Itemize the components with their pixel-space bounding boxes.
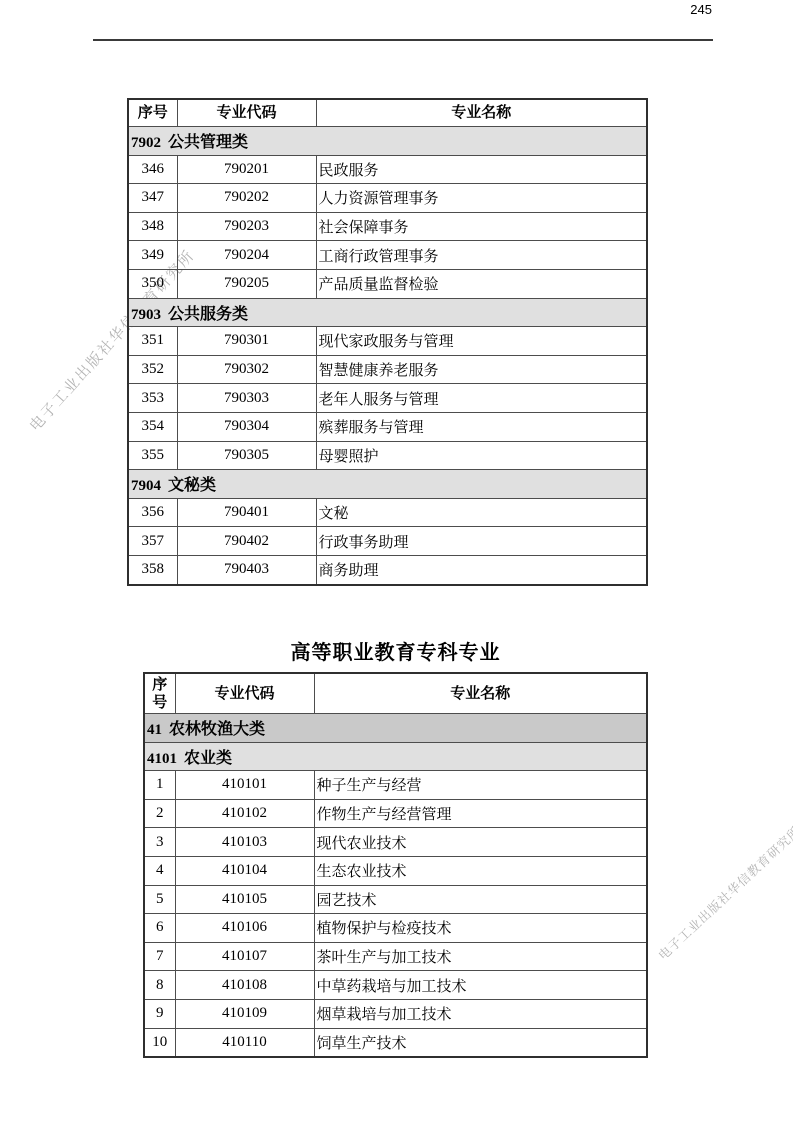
table-row: 351790301现代家政服务与管理	[128, 327, 647, 356]
table-row: 348790203社会保障事务	[128, 212, 647, 241]
seq-cell: 355	[128, 441, 177, 470]
name-cell: 茶叶生产与加工技术	[314, 942, 647, 971]
col-header-code: 专业代码	[175, 673, 314, 714]
table2-title: 高等职业教育专科专业	[143, 636, 648, 665]
name-cell: 烟草栽培与加工技术	[314, 999, 647, 1028]
section-row: 7902公共管理类	[128, 127, 647, 156]
code-cell: 790202	[177, 184, 316, 213]
section-code: 41	[147, 722, 162, 738]
code-cell: 790203	[177, 212, 316, 241]
seq-cell: 356	[128, 498, 177, 527]
table-row: 357790402行政事务助理	[128, 527, 647, 556]
table-row: 352790302智慧健康养老服务	[128, 355, 647, 384]
code-cell: 790302	[177, 355, 316, 384]
code-cell: 790305	[177, 441, 316, 470]
seq-cell: 353	[128, 384, 177, 413]
section-code: 4101	[147, 751, 177, 767]
table-row: 356790401文秘	[128, 498, 647, 527]
name-cell: 产品质量监督检验	[316, 269, 647, 298]
section-code: 7904	[131, 478, 161, 494]
seq-cell: 358	[128, 555, 177, 584]
name-cell: 殡葬服务与管理	[316, 412, 647, 441]
section-code: 7902	[131, 135, 161, 151]
code-cell: 790303	[177, 384, 316, 413]
seq-cell: 2	[144, 799, 175, 828]
table-row: 350790205产品质量监督检验	[128, 269, 647, 298]
seq-cell: 354	[128, 412, 177, 441]
name-cell: 行政事务助理	[316, 527, 647, 556]
table-row: 4410104生态农业技术	[144, 856, 647, 885]
code-cell: 410102	[175, 799, 314, 828]
seq-cell: 1	[144, 771, 175, 800]
name-cell: 作物生产与经营管理	[314, 799, 647, 828]
section-label: 农业类	[184, 750, 232, 767]
seq-cell: 346	[128, 155, 177, 184]
name-cell: 现代农业技术	[314, 828, 647, 857]
section-row: 4101农业类	[144, 742, 647, 771]
seq-cell: 3	[144, 828, 175, 857]
seq-cell: 10	[144, 1028, 175, 1057]
table-row: 349790204工商行政管理事务	[128, 241, 647, 270]
name-cell: 饲草生产技术	[314, 1028, 647, 1057]
table-row: 347790202人力资源管理事务	[128, 184, 647, 213]
section-header-cell: 7902公共管理类	[128, 127, 647, 156]
page-number: 245	[690, 2, 712, 17]
section-header-cell: 41农林牧渔大类	[144, 714, 647, 743]
code-cell: 410110	[175, 1028, 314, 1057]
seq-cell: 349	[128, 241, 177, 270]
code-cell: 790205	[177, 269, 316, 298]
name-cell: 商务助理	[316, 555, 647, 584]
code-cell: 790403	[177, 555, 316, 584]
table-row: 346790201民政服务	[128, 155, 647, 184]
table-row: 6410106植物保护与检疫技术	[144, 914, 647, 943]
table-2: 序号专业代码专业名称 41农林牧渔大类4101农业类1410101种子生产与经营…	[143, 672, 648, 1058]
code-cell: 790301	[177, 327, 316, 356]
table-row: 8410108中草药栽培与加工技术	[144, 971, 647, 1000]
seq-cell: 8	[144, 971, 175, 1000]
seq-cell: 9	[144, 999, 175, 1028]
name-cell: 智慧健康养老服务	[316, 355, 647, 384]
code-cell: 790304	[177, 412, 316, 441]
name-cell: 文秘	[316, 498, 647, 527]
table-row: 2410102作物生产与经营管理	[144, 799, 647, 828]
code-cell: 410109	[175, 999, 314, 1028]
seq-cell: 352	[128, 355, 177, 384]
col-header-name: 专业名称	[316, 99, 647, 127]
section-header-cell: 7904文秘类	[128, 470, 647, 499]
name-cell: 工商行政管理事务	[316, 241, 647, 270]
seq-cell: 7	[144, 942, 175, 971]
code-cell: 410104	[175, 856, 314, 885]
table-row: 353790303老年人服务与管理	[128, 384, 647, 413]
col-header-name: 专业名称	[314, 673, 647, 714]
name-cell: 园艺技术	[314, 885, 647, 914]
table-row: 10410110饲草生产技术	[144, 1028, 647, 1057]
seq-cell: 5	[144, 885, 175, 914]
name-cell: 现代家政服务与管理	[316, 327, 647, 356]
code-cell: 410106	[175, 914, 314, 943]
seq-cell: 348	[128, 212, 177, 241]
seq-cell: 347	[128, 184, 177, 213]
section-label: 农林牧渔大类	[169, 721, 265, 738]
table-row: 355790305母婴照护	[128, 441, 647, 470]
watermark-text-bottom-right: 电子工业出版社华信教育研究所	[654, 822, 793, 964]
table-row: 7410107茶叶生产与加工技术	[144, 942, 647, 971]
code-cell: 790402	[177, 527, 316, 556]
name-cell: 社会保障事务	[316, 212, 647, 241]
major-section-row: 41农林牧渔大类	[144, 714, 647, 743]
code-cell: 410108	[175, 971, 314, 1000]
code-cell: 790204	[177, 241, 316, 270]
name-cell: 生态农业技术	[314, 856, 647, 885]
name-cell: 种子生产与经营	[314, 771, 647, 800]
table-row: 354790304殡葬服务与管理	[128, 412, 647, 441]
code-cell: 410101	[175, 771, 314, 800]
section-header-cell: 4101农业类	[144, 742, 647, 771]
header-rule	[93, 39, 713, 41]
name-cell: 民政服务	[316, 155, 647, 184]
seq-cell: 357	[128, 527, 177, 556]
col-header-seq: 序号	[144, 673, 175, 714]
table-row: 5410105园艺技术	[144, 885, 647, 914]
name-cell: 人力资源管理事务	[316, 184, 647, 213]
seq-cell: 351	[128, 327, 177, 356]
table-1: 序号专业代码专业名称 7902公共管理类346790201民政服务3477902…	[127, 98, 648, 586]
section-header-cell: 7903公共服务类	[128, 298, 647, 327]
table-row: 358790403商务助理	[128, 555, 647, 584]
document-page: { "page_number": "245", "watermark_text"…	[0, 0, 793, 1122]
code-cell: 410105	[175, 885, 314, 914]
section-row: 7904文秘类	[128, 470, 647, 499]
name-cell: 母婴照护	[316, 441, 647, 470]
major-codes-table-secondary-vocational: 序号专业代码专业名称 7902公共管理类346790201民政服务3477902…	[127, 98, 648, 586]
seq-cell: 6	[144, 914, 175, 943]
code-cell: 410103	[175, 828, 314, 857]
section-row: 7903公共服务类	[128, 298, 647, 327]
code-cell: 410107	[175, 942, 314, 971]
table-row: 1410101种子生产与经营	[144, 771, 647, 800]
section-label: 公共服务类	[168, 306, 248, 323]
col-header-seq: 序号	[128, 99, 177, 127]
seq-cell: 350	[128, 269, 177, 298]
col-header-code: 专业代码	[177, 99, 316, 127]
name-cell: 植物保护与检疫技术	[314, 914, 647, 943]
code-cell: 790201	[177, 155, 316, 184]
seq-cell: 4	[144, 856, 175, 885]
section-label: 文秘类	[168, 477, 216, 494]
section-code: 7903	[131, 307, 161, 323]
major-codes-table-higher-vocational: 序号专业代码专业名称 41农林牧渔大类4101农业类1410101种子生产与经营…	[143, 672, 648, 1058]
code-cell: 790401	[177, 498, 316, 527]
name-cell: 中草药栽培与加工技术	[314, 971, 647, 1000]
table-row: 9410109烟草栽培与加工技术	[144, 999, 647, 1028]
name-cell: 老年人服务与管理	[316, 384, 647, 413]
section-label: 公共管理类	[168, 134, 248, 151]
table-row: 3410103现代农业技术	[144, 828, 647, 857]
